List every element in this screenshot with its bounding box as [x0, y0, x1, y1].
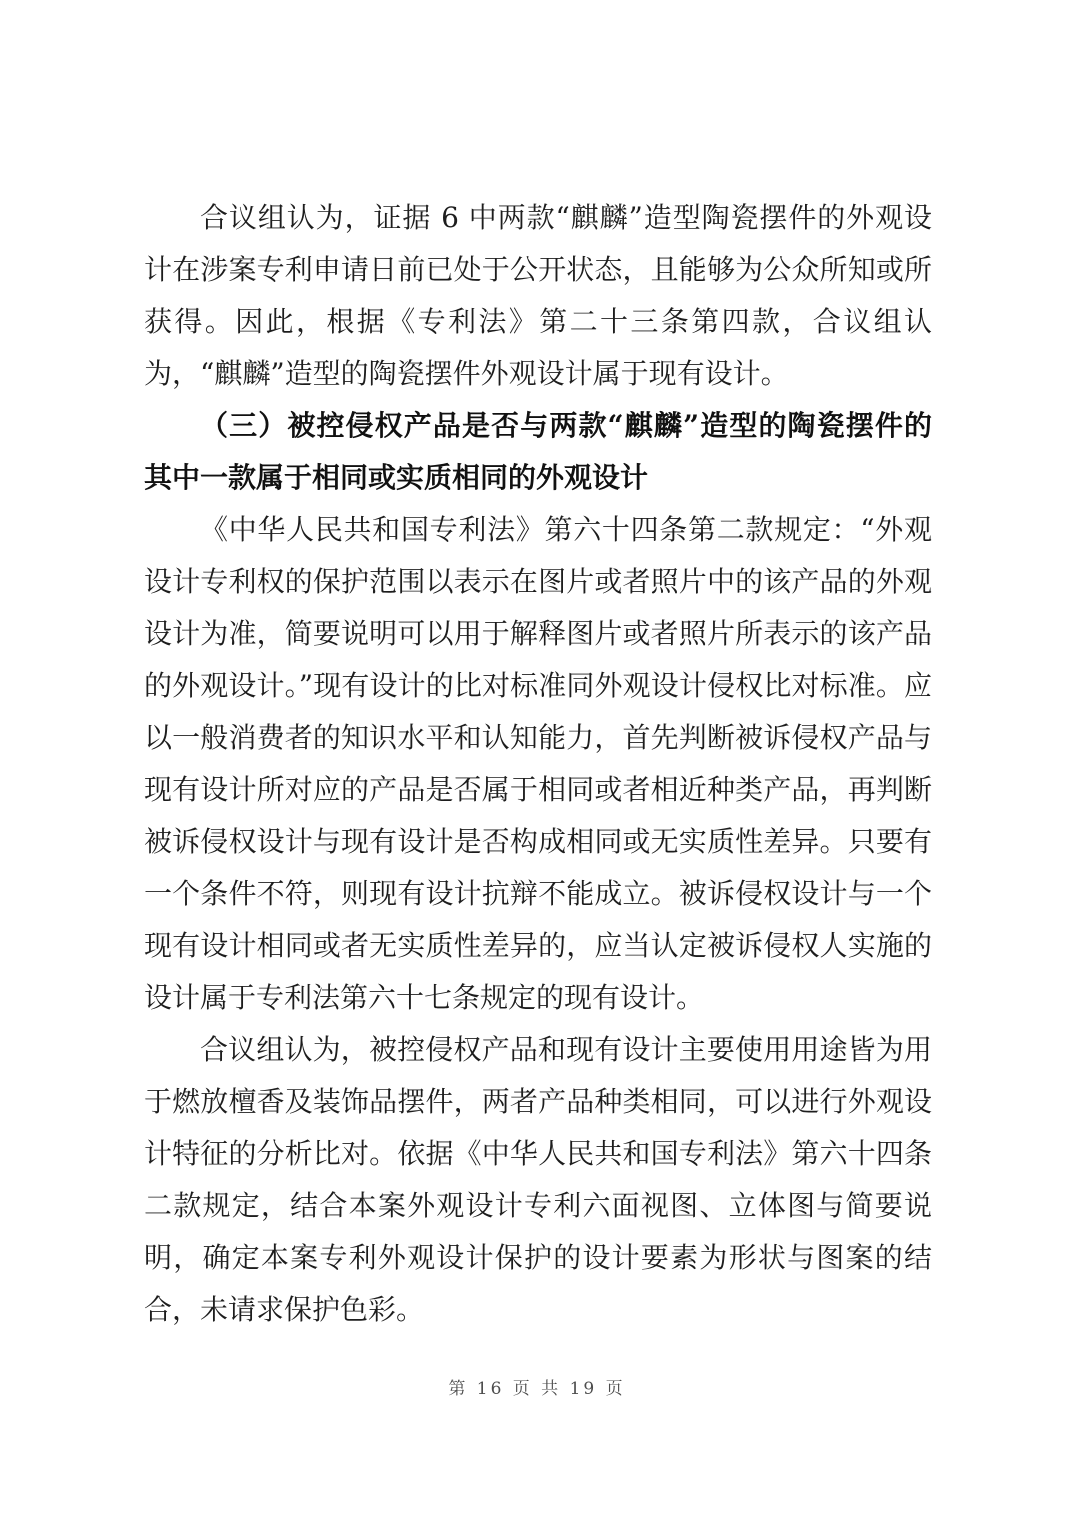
paragraph: 合议组认为，被控侵权产品和现有设计主要使用用途皆为用于燃放檀香及装饰品摆件，两者… [144, 1024, 932, 1336]
document-page: 合议组认为，证据 6 中两款“麒麟”造型陶瓷摆件的外观设计在涉案专利申请日前已处… [0, 0, 1074, 1520]
section-heading: （三）被控侵权产品是否与两款“麒麟”造型的陶瓷摆件的其中一款属于相同或实质相同的… [144, 400, 932, 504]
document-body: 合议组认为，证据 6 中两款“麒麟”造型陶瓷摆件的外观设计在涉案专利申请日前已处… [144, 192, 932, 1336]
page-footer: 第 16 页 共 19 页 [0, 1374, 1074, 1399]
paragraph: 合议组认为，证据 6 中两款“麒麟”造型陶瓷摆件的外观设计在涉案专利申请日前已处… [144, 192, 932, 400]
paragraph: 《中华人民共和国专利法》第六十四条第二款规定：“外观设计专利权的保护范围以表示在… [144, 504, 932, 1024]
